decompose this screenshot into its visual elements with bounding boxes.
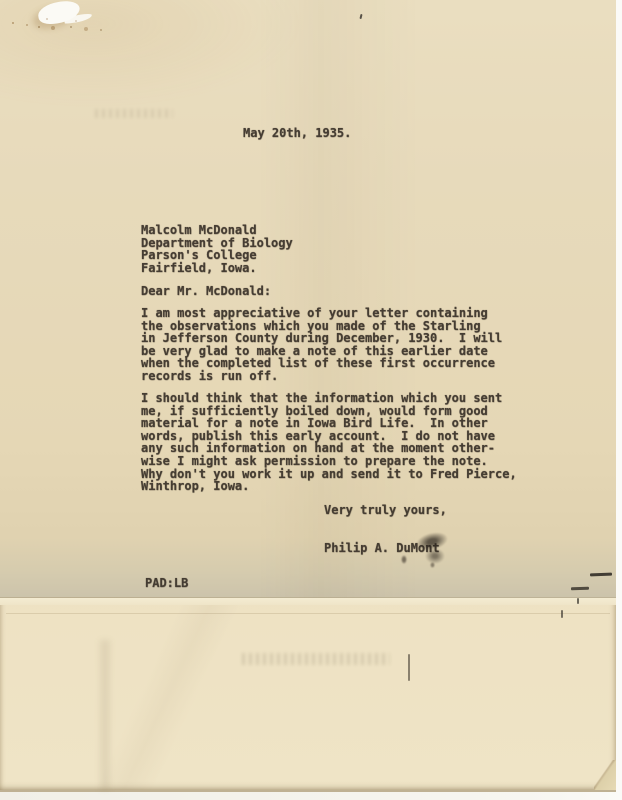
paper-crease (100, 640, 110, 790)
scanned-document: May 20th, 1935. Malcolm McDonald Departm… (0, 0, 622, 800)
typist-initials: PAD:LB (145, 577, 188, 590)
edge-mark (561, 610, 563, 618)
stain-specks (12, 22, 14, 24)
underlying-sheet-edge (6, 613, 610, 614)
letter-sheet-tone (0, 0, 616, 598)
letter-page: May 20th, 1935. Malcolm McDonald Departm… (0, 0, 616, 792)
sheet-edge-highlight (0, 598, 616, 605)
body-paragraph-1: I am most appreciative of your letter co… (141, 307, 502, 383)
body-paragraph-2: I should think that the information whic… (141, 392, 517, 493)
edge-mark (571, 587, 589, 591)
folded-corner (594, 760, 616, 790)
recipient-address: Malcolm McDonald Department of Biology P… (141, 224, 293, 274)
edge-mark (577, 598, 579, 604)
ghost-smudge-top (95, 109, 173, 118)
pen-stroke-mark (408, 654, 410, 681)
ink-blot (430, 562, 435, 568)
salutation: Dear Mr. McDonald: (141, 285, 271, 298)
ghost-bleed-text (242, 653, 390, 665)
ink-blot (425, 548, 445, 564)
ink-blot (401, 555, 407, 564)
complimentary-closing: Very truly yours, (324, 504, 447, 517)
letter-date: May 20th, 1935. (243, 127, 351, 140)
